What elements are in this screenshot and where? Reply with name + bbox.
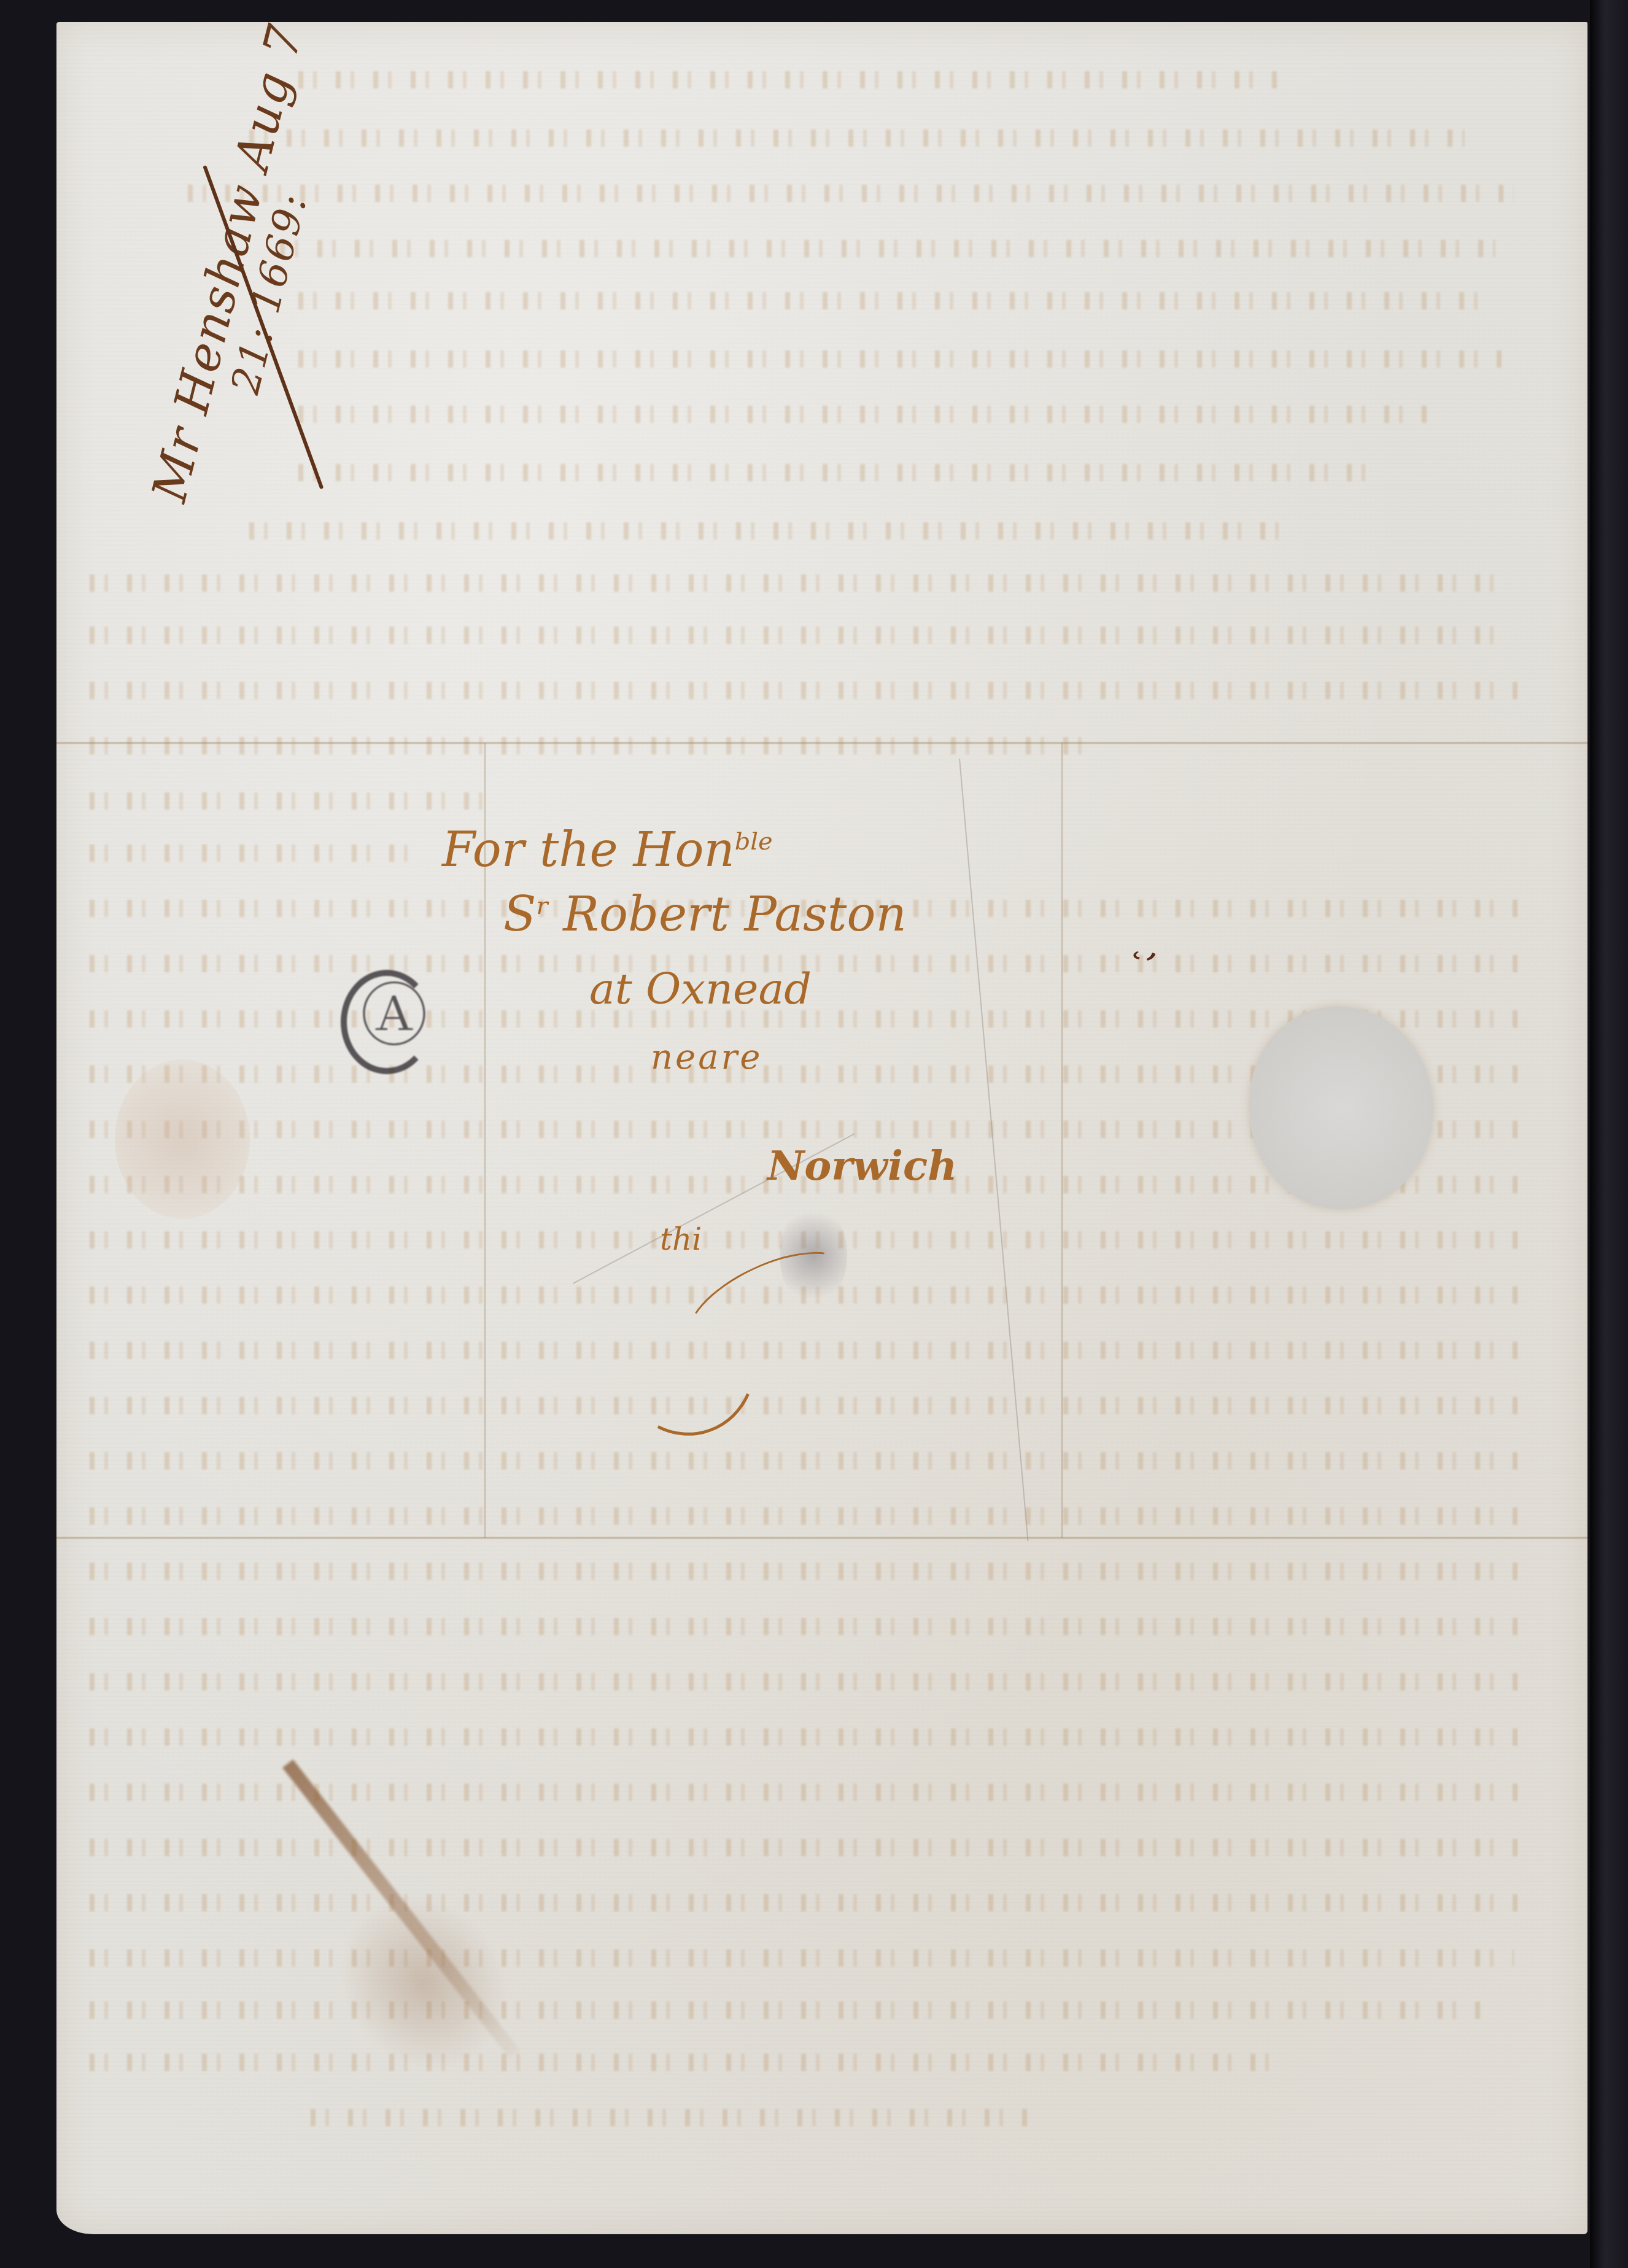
address-line-place: at Oxnead [589, 964, 812, 1014]
address-salutation-text: For the Hon [442, 822, 735, 878]
fold-line-horizontal-bottom [56, 1536, 1587, 1539]
bleed-through-line [81, 845, 421, 862]
address-line-neare: neare [651, 1037, 763, 1077]
bleed-through-line [81, 2002, 1489, 2019]
address-line-salutation: For the Honble [442, 822, 773, 878]
bleed-through-line [81, 1452, 1526, 1469]
mount-edge [1590, 0, 1628, 2268]
bleed-through-line [241, 522, 1281, 540]
wax-seal-icon [1249, 1007, 1433, 1209]
bleed-through-line [81, 1618, 1526, 1635]
bleed-through-line [81, 1728, 1526, 1746]
fold-line-vertical-right [1061, 743, 1063, 1538]
bleed-through-line [81, 1507, 1526, 1525]
bleed-through-line [179, 185, 1514, 202]
bleed-through-line [290, 292, 1489, 309]
paper-crack [959, 759, 1029, 1541]
bleed-through-line [81, 1949, 1514, 1967]
bleed-through-line [302, 2109, 1035, 2126]
address-title-text: S [503, 887, 536, 942]
fold-line-horizontal-top [56, 741, 1587, 745]
bleed-through-line [290, 406, 1428, 423]
bleed-through-line [81, 575, 1502, 592]
address-salutation-superscript: ble [735, 827, 773, 856]
bleed-through-line [81, 2054, 1281, 2071]
bleed-through-line [290, 464, 1366, 481]
seal-stain-icon [115, 1059, 250, 1219]
bleed-through-line [81, 682, 1526, 699]
bleed-through-line [81, 737, 1096, 754]
bleed-through-line [81, 1397, 1526, 1414]
bleed-through-line [271, 240, 1495, 257]
address-line-city: Norwich [767, 1142, 957, 1190]
bleed-through-line [81, 1342, 1526, 1359]
postal-stamp-icon: Ⓐ [341, 970, 433, 1074]
bleed-through-line [81, 1839, 1526, 1856]
address-line-recipient: Sr Robert Paston [503, 887, 907, 942]
bleed-through-line [290, 350, 1502, 368]
bleed-through-line [81, 1894, 1526, 1911]
bleed-through-line [241, 130, 1465, 147]
postmark-glyph: Ⓐ [360, 982, 428, 1050]
bleed-through-line [81, 1673, 1526, 1690]
address-recipient-name: Robert Paston [548, 887, 907, 942]
bleed-through-line [81, 627, 1502, 644]
address-title-superscript: r [536, 892, 548, 920]
address-line-thi: thi [660, 1221, 702, 1257]
bleed-through-line [290, 71, 1281, 88]
bleed-through-line [81, 792, 483, 810]
bleed-through-line [81, 1563, 1526, 1580]
